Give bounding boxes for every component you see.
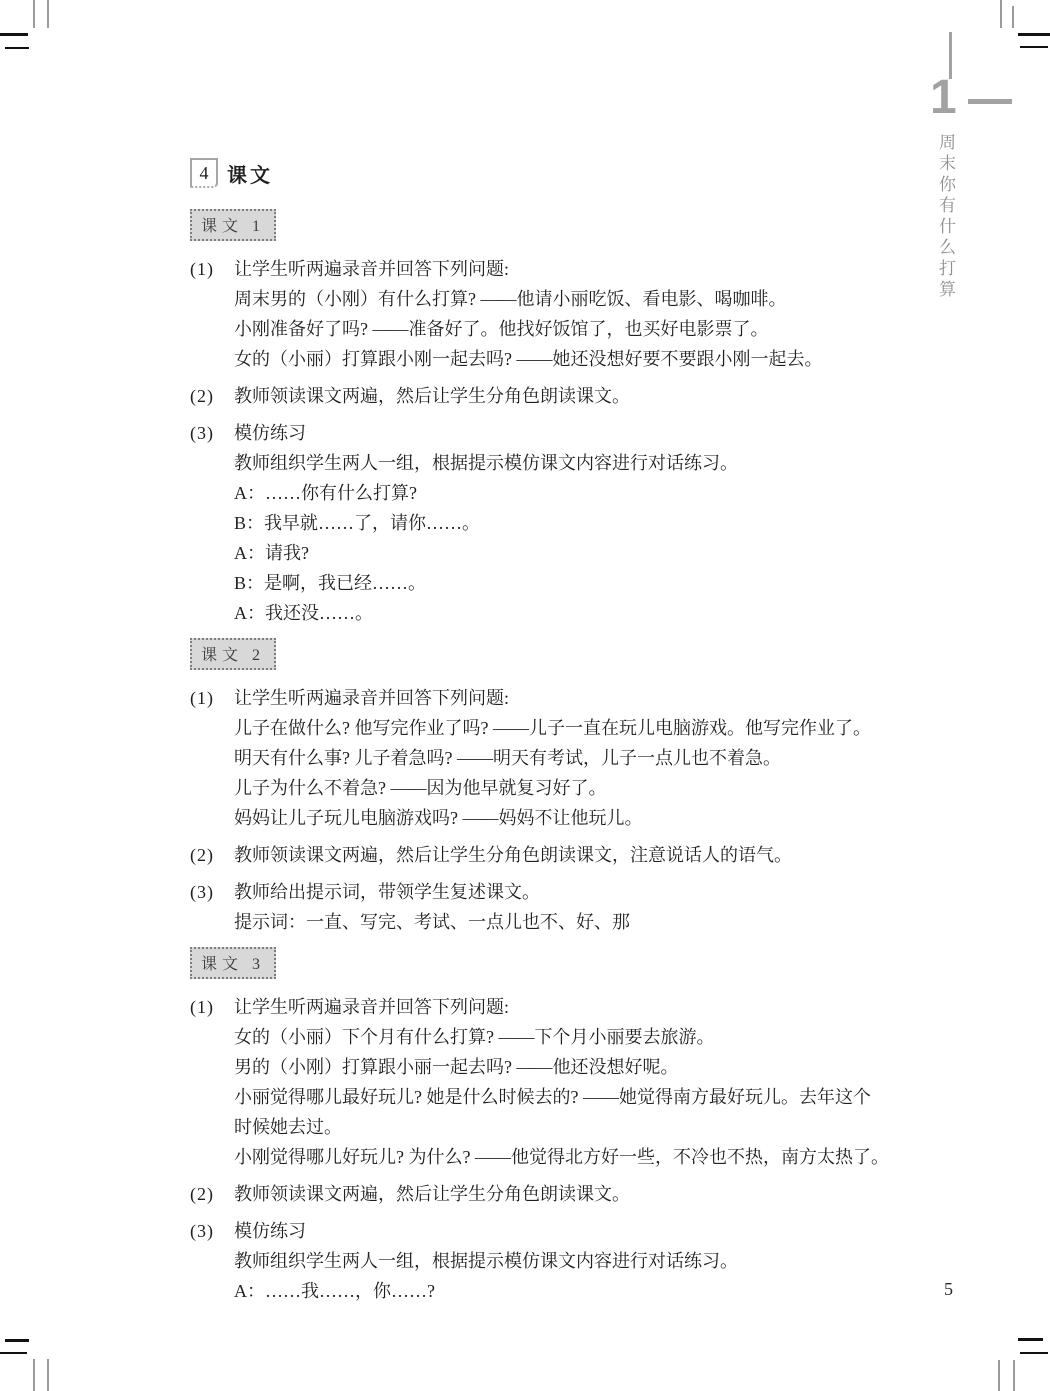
step-number: (3) <box>190 418 234 448</box>
crop-mark-bottom-left-h1 <box>5 1339 29 1342</box>
step-block: (3)教师给出提示词，带领学生复述课文。 提示词：一直、写完、考试、一点儿也不、… <box>190 877 914 937</box>
main-content: 4 课文 课文 1 (1)让学生听两遍录音并回答下列问题: 周末男的（小刚）有什… <box>190 158 914 1316</box>
step-head: (2)教师领读课文两遍，然后让学生分角色朗读课文。 <box>190 1179 914 1209</box>
crop-mark-bottom-left-v1 <box>33 1359 35 1391</box>
hint-words-line: 提示词：一直、写完、考试、一点儿也不、好、那 <box>190 907 914 937</box>
chapter-number-bar <box>968 99 1012 104</box>
lesson-label: 课文 1 <box>190 209 276 241</box>
dialogue-line: B：是啊，我已经……。 <box>190 568 914 598</box>
step-text: 让学生听两遍录音并回答下列问题: <box>234 259 509 279</box>
step-head: (3)模仿练习 <box>190 1216 914 1246</box>
step-text: 教师给出提示词，带领学生复述课文。 <box>234 882 540 902</box>
section-heading: 4 课文 <box>190 158 914 188</box>
step-number: (3) <box>190 877 234 907</box>
step-head: (2)教师领读课文两遍，然后让学生分角色朗读课文。 <box>190 381 914 411</box>
page-number: 5 <box>944 1279 953 1300</box>
section-title: 课文 <box>227 159 273 188</box>
sub-line: 小刚准备好了吗? ——准备好了。他找好饭馆了，也买好电影票了。 <box>190 314 914 344</box>
dialogue-line: A：……我……，你……? <box>190 1276 914 1306</box>
dialogue-line: A：……你有什么打算? <box>190 478 914 508</box>
step-text: 教师领读课文两遍，然后让学生分角色朗读课文。 <box>234 386 630 406</box>
lesson-1: 课文 1 (1)让学生听两遍录音并回答下列问题: 周末男的（小刚）有什么打算? … <box>190 209 914 628</box>
step-number: (1) <box>190 254 234 284</box>
step-head: (1)让学生听两遍录音并回答下列问题: <box>190 992 914 1022</box>
step-text: 模仿练习 <box>234 1221 306 1241</box>
step-number: (2) <box>190 381 234 411</box>
step-text: 让学生听两遍录音并回答下列问题: <box>234 997 509 1017</box>
dialogue-line: A：请我? <box>190 538 914 568</box>
sub-line: 儿子为什么不着急? ——因为他早就复习好了。 <box>190 773 914 803</box>
step-head: (3)教师给出提示词，带领学生复述课文。 <box>190 877 914 907</box>
sub-line: 教师组织学生两人一组，根据提示模仿课文内容进行对话练习。 <box>190 448 914 478</box>
step-number: (2) <box>190 1179 234 1209</box>
step-block: (2)教师领读课文两遍，然后让学生分角色朗读课文，注意说话人的语气。 <box>190 840 914 870</box>
step-head: (1)让学生听两遍录音并回答下列问题: <box>190 254 914 284</box>
crop-mark-bottom-right-h1 <box>1018 1338 1043 1341</box>
dialogue-line: A：我还没……。 <box>190 598 914 628</box>
step-block: (1)让学生听两遍录音并回答下列问题: 女的（小丽）下个月有什么打算? ——下个… <box>190 992 914 1172</box>
step-number: (1) <box>190 683 234 713</box>
sub-line: 小刚觉得哪儿好玩儿? 为什么? ——他觉得北方好一些，不冷也不热，南方太热了。 <box>190 1142 914 1172</box>
step-block: (1)让学生听两遍录音并回答下列问题: 儿子在做什么? 他写完作业了吗? ——儿… <box>190 683 914 833</box>
lesson-2: 课文 2 (1)让学生听两遍录音并回答下列问题: 儿子在做什么? 他写完作业了吗… <box>190 638 914 937</box>
sub-line: 女的（小丽）下个月有什么打算? ——下个月小丽要去旅游。 <box>190 1022 914 1052</box>
crop-mark-bottom-left-v2 <box>47 1359 49 1391</box>
sub-line: 男的（小刚）打算跟小丽一起去吗? ——他还没想好呢。 <box>190 1052 914 1082</box>
lesson-3: 课文 3 (1)让学生听两遍录音并回答下列问题: 女的（小丽）下个月有什么打算?… <box>190 947 914 1306</box>
sub-line: 周末男的（小刚）有什么打算? ——他请小丽吃饭、看电影、喝咖啡。 <box>190 284 914 314</box>
step-head: (3)模仿练习 <box>190 418 914 448</box>
section-number-box: 4 <box>190 158 218 188</box>
step-text: 让学生听两遍录音并回答下列问题: <box>234 688 509 708</box>
lesson-label: 课文 2 <box>190 638 276 670</box>
crop-mark-top-right-v2 <box>1012 6 1014 28</box>
lesson-label: 课文 3 <box>190 947 276 979</box>
step-text: 教师领读课文两遍，然后让学生分角色朗读课文。 <box>234 1184 630 1204</box>
step-number: (1) <box>190 992 234 1022</box>
sub-line: 妈妈让儿子玩儿电脑游戏吗? ——妈妈不让他玩儿。 <box>190 803 914 833</box>
crop-mark-top-left-v2 <box>47 0 49 28</box>
crop-mark-top-left-v1 <box>33 0 35 28</box>
step-text: 模仿练习 <box>234 423 306 443</box>
step-block: (1)让学生听两遍录音并回答下列问题: 周末男的（小刚）有什么打算? ——他请小… <box>190 254 914 374</box>
sub-line: 儿子在做什么? 他写完作业了吗? ——儿子一直在玩儿电脑游戏。他写完作业了。 <box>190 713 914 743</box>
step-number: (3) <box>190 1216 234 1246</box>
crop-mark-bottom-right-v2 <box>1013 1360 1015 1391</box>
step-head: (1)让学生听两遍录音并回答下列问题: <box>190 683 914 713</box>
crop-mark-top-right-h2 <box>1020 46 1048 48</box>
crop-mark-bottom-right-v1 <box>998 1360 1000 1391</box>
crop-mark-top-left-h1 <box>0 33 28 36</box>
crop-mark-bottom-right-h2 <box>1020 1352 1048 1354</box>
sub-line: 女的（小丽）打算跟小刚一起去吗? ——她还没想好要不要跟小刚一起去。 <box>190 344 914 374</box>
crop-mark-top-right-v1 <box>1000 0 1002 28</box>
step-block: (2)教师领读课文两遍，然后让学生分角色朗读课文。 <box>190 381 914 411</box>
step-block: (3)模仿练习 教师组织学生两人一组，根据提示模仿课文内容进行对话练习。 A：…… <box>190 1216 914 1306</box>
chapter-number: 1 <box>930 74 957 122</box>
chapter-title-vertical: 周末你有什么打算 <box>933 133 958 301</box>
step-text: 教师领读课文两遍，然后让学生分角色朗读课文，注意说话人的语气。 <box>234 845 792 865</box>
step-block: (2)教师领读课文两遍，然后让学生分角色朗读课文。 <box>190 1179 914 1209</box>
crop-mark-top-left-h2 <box>5 47 29 49</box>
sub-line: 小丽觉得哪儿最好玩儿? 她是什么时候去的? ——她觉得南方最好玩儿。去年这个时候… <box>190 1082 884 1142</box>
step-number: (2) <box>190 840 234 870</box>
crop-mark-bottom-left-h2 <box>0 1352 27 1354</box>
sub-line: 教师组织学生两人一组，根据提示模仿课文内容进行对话练习。 <box>190 1246 914 1276</box>
crop-mark-top-right-h1 <box>1018 33 1050 36</box>
step-head: (2)教师领读课文两遍，然后让学生分角色朗读课文，注意说话人的语气。 <box>190 840 914 870</box>
step-block: (3)模仿练习 教师组织学生两人一组，根据提示模仿课文内容进行对话练习。 A：…… <box>190 418 914 628</box>
sub-line: 明天有什么事? 儿子着急吗? ——明天有考试，儿子一点儿也不着急。 <box>190 743 914 773</box>
dialogue-line: B：我早就……了，请你……。 <box>190 508 914 538</box>
book-page: 1 周末你有什么打算 5 4 课文 课文 1 (1)让学生听两遍录音并回答下列问… <box>0 0 1050 1391</box>
